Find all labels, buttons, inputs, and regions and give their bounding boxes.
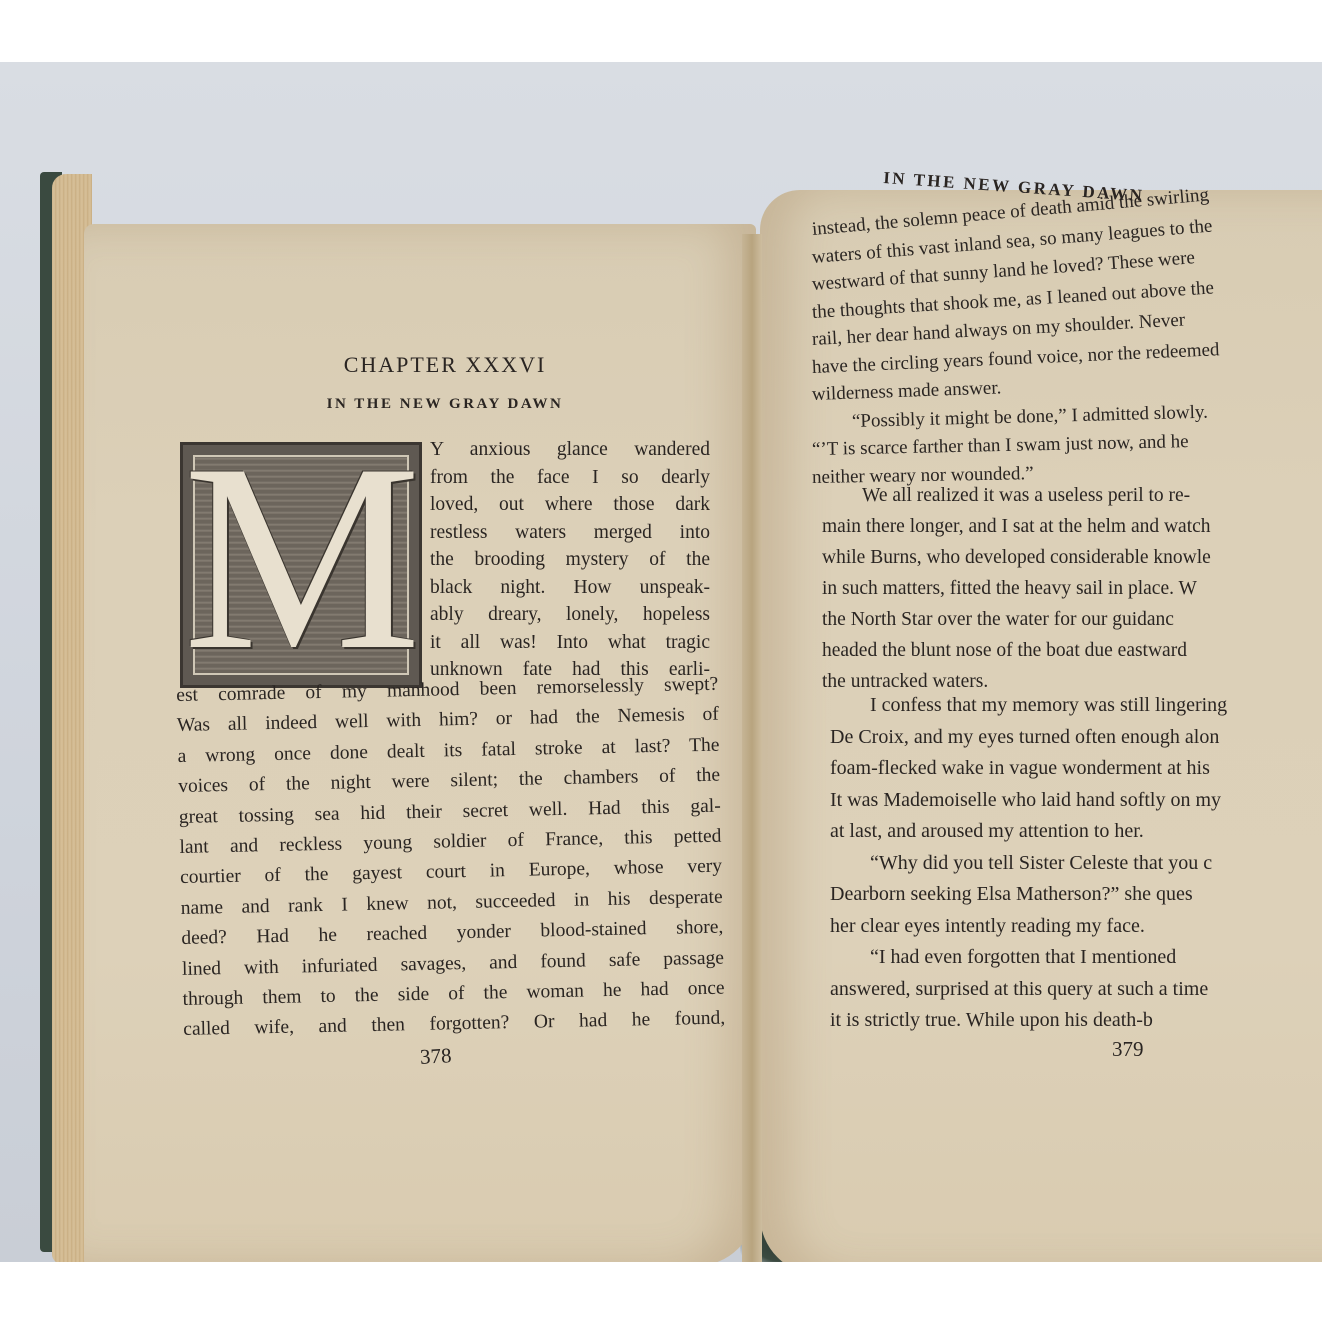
right-page-bottom-paragraphs: I confess that my memory was still linge… xyxy=(830,690,1322,1037)
drop-cap-letter: M xyxy=(183,423,419,691)
chapter-title: CHAPTER XXXVI xyxy=(300,352,590,378)
text-line: the North Star over the water for our gu… xyxy=(822,604,1322,635)
text-line: It was Mademoiselle who laid hand softly… xyxy=(830,785,1322,817)
text-line: main there longer, and I sat at the helm… xyxy=(822,511,1322,542)
left-page-body: est comrade of my manhood been remorsele… xyxy=(176,670,726,1046)
text-line: Y anxious glance wandered xyxy=(430,436,710,464)
text-line: it all was! Into what tragic xyxy=(430,629,710,657)
text-line: it is strictly true. While upon his deat… xyxy=(830,1005,1322,1037)
text-line: “I had even forgotten that I mentioned xyxy=(830,942,1322,974)
text-line: ably dreary, lonely, hopeless xyxy=(430,601,710,629)
right-page-middle-paragraph: We all realized it was a useless peril t… xyxy=(822,480,1322,697)
right-page-top-paragraphs: instead, the solemn peace of death amid … xyxy=(812,216,1322,491)
book-gutter xyxy=(742,234,762,1262)
text-line: at last, and aroused my attention to her… xyxy=(830,816,1322,848)
text-line: “Why did you tell Sister Celeste that yo… xyxy=(830,848,1322,880)
drop-cap-illustration: M xyxy=(180,442,422,688)
text-line: loved, out where those dark xyxy=(430,491,710,519)
text-line: her clear eyes intently reading my face. xyxy=(830,911,1322,943)
page-number-left: 378 xyxy=(419,1043,452,1070)
text-line: foam-flecked wake in vague wonderment at… xyxy=(830,753,1322,785)
text-line: from the face I so dearly xyxy=(430,464,710,492)
text-line: De Croix, and my eyes turned often enoug… xyxy=(830,722,1322,754)
text-line: Dearborn seeking Elsa Matherson?” she qu… xyxy=(830,879,1322,911)
text-line: while Burns, who developed considerable … xyxy=(822,542,1322,573)
text-line: in such matters, fitted the heavy sail i… xyxy=(822,573,1322,604)
text-line: I confess that my memory was still linge… xyxy=(830,690,1322,722)
left-page-opening-lines: Y anxious glance wandered from the face … xyxy=(430,436,710,684)
text-line: We all realized it was a useless peril t… xyxy=(822,480,1322,511)
text-line: answered, surprised at this query at suc… xyxy=(830,974,1322,1006)
page-number-right: 379 xyxy=(1112,1037,1144,1062)
text-line: restless waters merged into xyxy=(430,519,710,547)
text-line: headed the blunt nose of the boat due ea… xyxy=(822,635,1322,666)
text-line: the brooding mystery of the xyxy=(430,546,710,574)
text-line: black night. How unspeak- xyxy=(430,574,710,602)
